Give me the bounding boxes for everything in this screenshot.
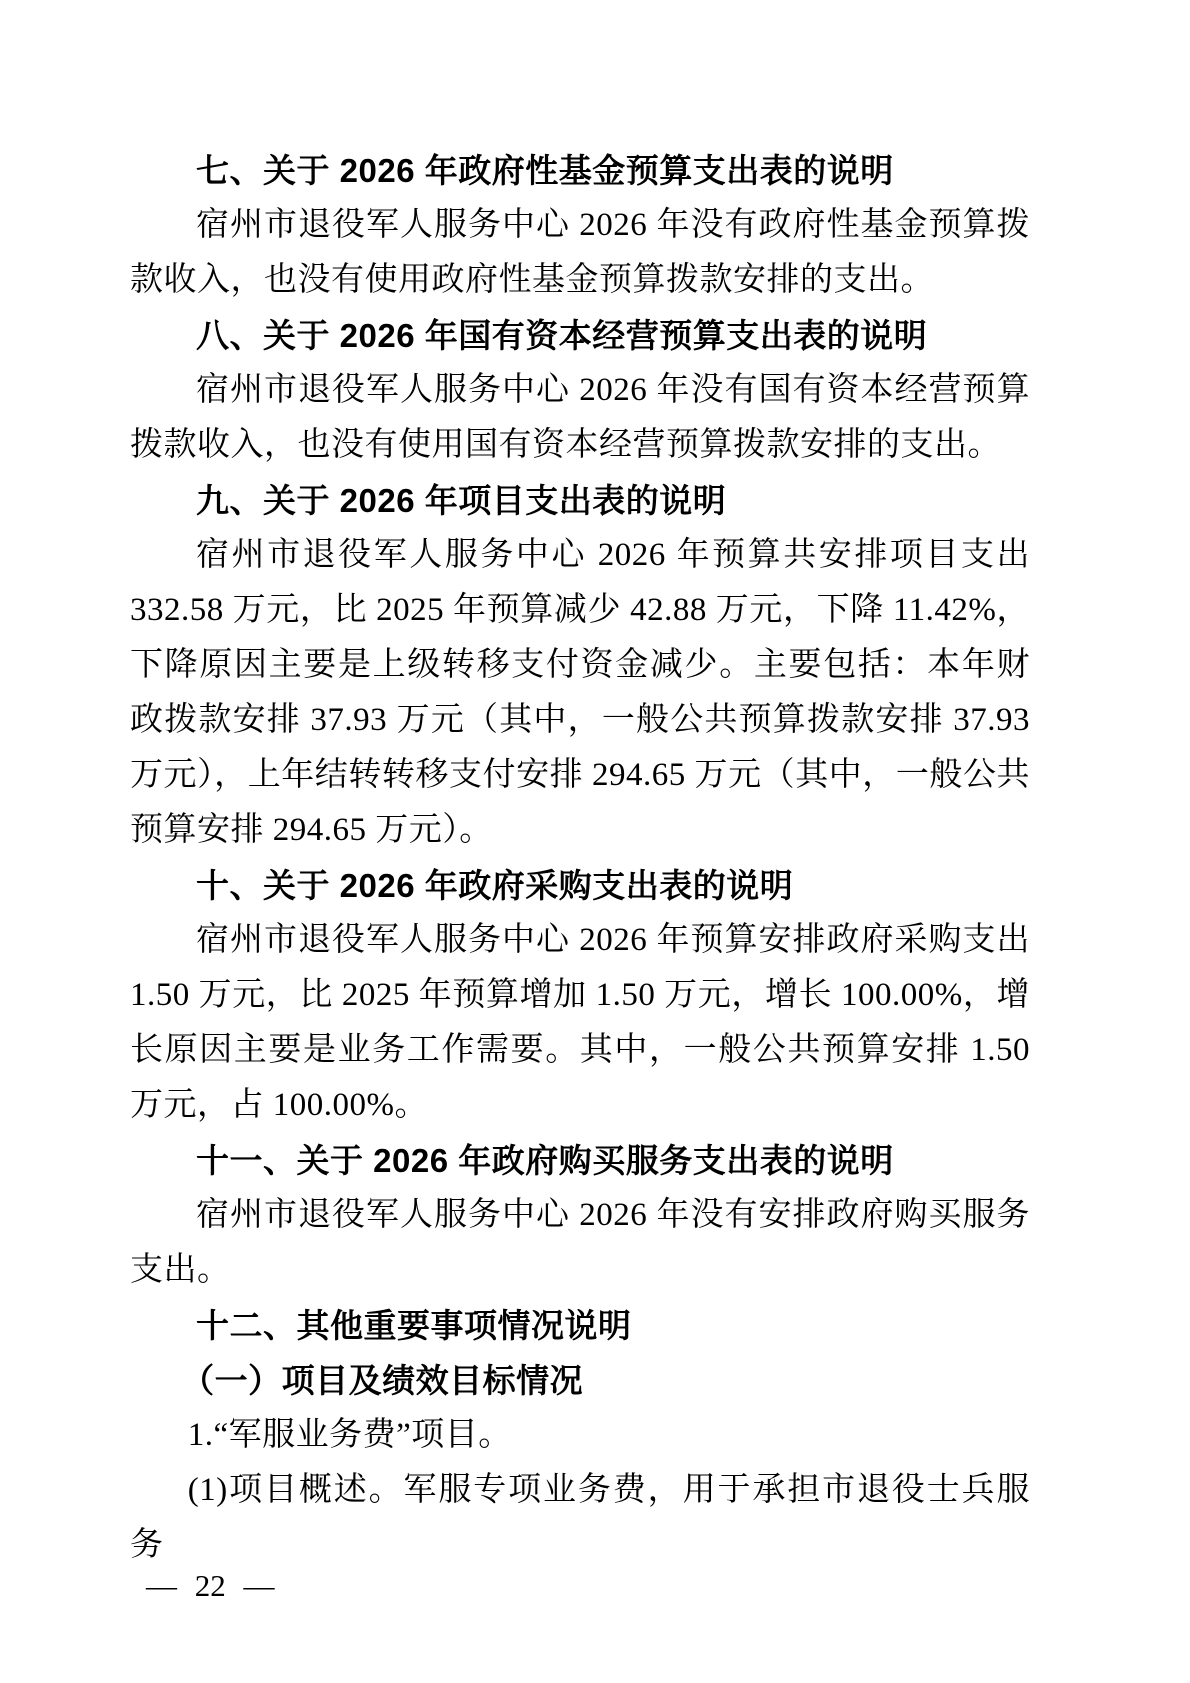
section-9-paragraph: 宿州市退役军人服务中心 2026 年预算共安排项目支出 332.58 万元，比 … xyxy=(130,528,1030,858)
page-number: — 22 — xyxy=(146,1566,275,1606)
section-7-heading: 七、关于 2026 年政府性基金预算支出表的说明 xyxy=(130,143,1030,198)
section-9-heading: 九、关于 2026 年项目支出表的说明 xyxy=(130,473,1030,528)
section-12-heading: 十二、其他重要事项情况说明 xyxy=(130,1298,1030,1353)
project-1-title: 1.“军服业务费”项目。 xyxy=(130,1408,1030,1463)
section-11-paragraph: 宿州市退役军人服务中心 2026 年没有安排政府购买服务支出。 xyxy=(130,1188,1030,1298)
section-11-heading: 十一、关于 2026 年政府购买服务支出表的说明 xyxy=(130,1133,1030,1188)
document-body: 七、关于 2026 年政府性基金预算支出表的说明 宿州市退役军人服务中心 202… xyxy=(130,143,1030,1573)
section-8-paragraph: 宿州市退役军人服务中心 2026 年没有国有资本经营预算拨款收入，也没有使用国有… xyxy=(130,363,1030,473)
section-10-heading: 十、关于 2026 年政府采购支出表的说明 xyxy=(130,858,1030,913)
section-12-subheading-1: （一）项目及绩效目标情况 xyxy=(130,1353,1030,1408)
project-1-overview-line: (1)项目概述。军服专项业务费，用于承担市退役士兵服务 xyxy=(130,1463,1030,1573)
document-page: 七、关于 2026 年政府性基金预算支出表的说明 宿州市退役军人服务中心 202… xyxy=(0,0,1190,1683)
section-10-paragraph: 宿州市退役军人服务中心 2026 年预算安排政府采购支出 1.50 万元，比 2… xyxy=(130,913,1030,1133)
section-8-heading: 八、关于 2026 年国有资本经营预算支出表的说明 xyxy=(130,308,1030,363)
section-7-paragraph: 宿州市退役军人服务中心 2026 年没有政府性基金预算拨款收入，也没有使用政府性… xyxy=(130,198,1030,308)
